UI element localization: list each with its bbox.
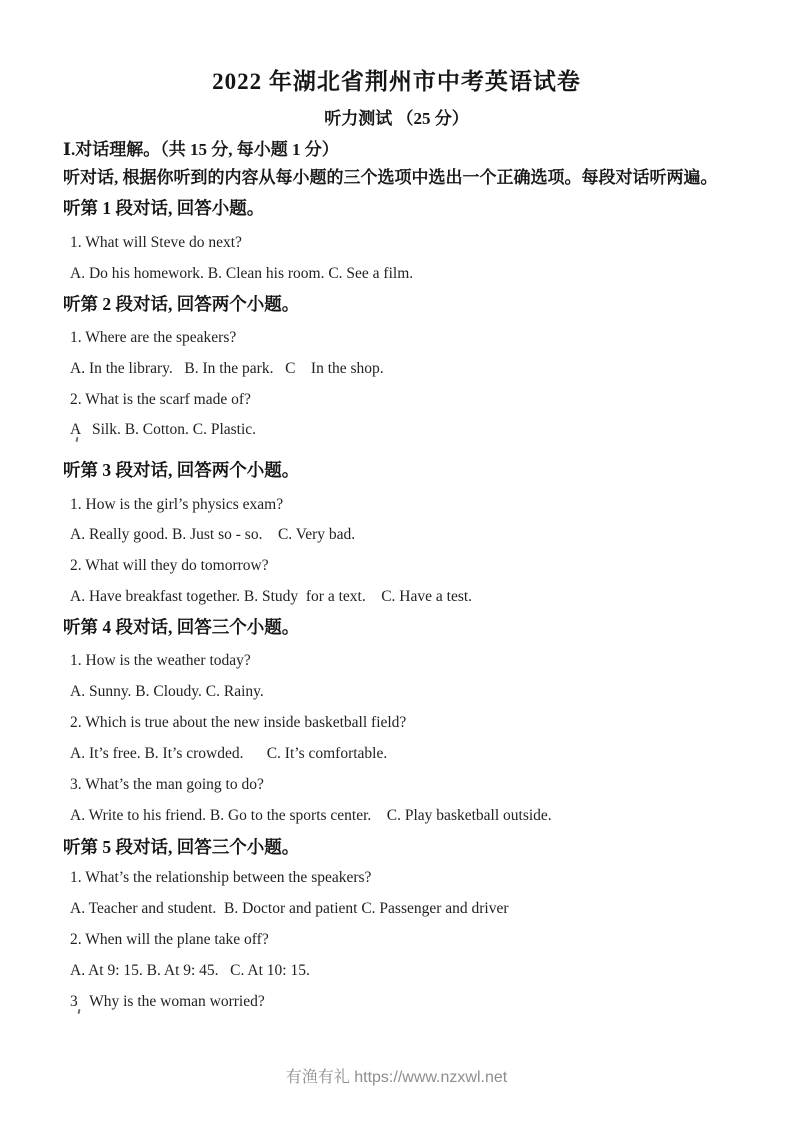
dialog4-heading: 听第 4 段对话, 回答三个小题。 xyxy=(63,617,299,639)
dialog2-question1: 1. Where are the speakers? xyxy=(70,328,236,347)
exam-subtitle: 听力测试 （25 分） xyxy=(0,108,793,129)
dialog3-question2: 2. What will they do tomorrow? xyxy=(70,556,269,575)
stray-mark xyxy=(76,437,79,442)
dialog5-question2-options: A. At 9: 15. B. At 9: 45. C. At 10: 15. xyxy=(70,961,310,980)
dialog2-question1-options: A. In the library. B. In the park. C In … xyxy=(70,359,384,378)
stray-mark xyxy=(78,1009,81,1014)
dialog5-question2: 2. When will the plane take off? xyxy=(70,930,269,949)
dialog4-question3-options: A. Write to his friend. B. Go to the spo… xyxy=(70,806,552,825)
exam-title: 2022 年湖北省荆州市中考英语试卷 xyxy=(0,68,793,97)
dialog5-heading: 听第 5 段对话, 回答三个小题。 xyxy=(63,837,299,859)
dialog4-question2-options: A. It’s free. B. It’s crowded. C. It’s c… xyxy=(70,744,387,763)
dialog3-heading: 听第 3 段对话, 回答两个小题。 xyxy=(63,460,299,482)
dialog4-question3: 3. What’s the man going to do? xyxy=(70,775,264,794)
dialog1-heading: 听第 1 段对话, 回答小题。 xyxy=(63,198,264,220)
dialog1-question1: 1. What will Steve do next? xyxy=(70,233,242,252)
section-instructions: 听对话, 根据你听到的内容从每小题的三个选项中选出一个正确选项。每段对话听两遍。 xyxy=(63,167,718,188)
dialog4-question1-options: A. Sunny. B. Cloudy. C. Rainy. xyxy=(70,682,264,701)
dialog2-question2: 2. What is the scarf made of? xyxy=(70,390,251,409)
section-heading: Ⅰ.对话理解。（共 15 分, 每小题 1 分） xyxy=(63,139,339,160)
dialog3-question2-options: A. Have breakfast together. B. Study for… xyxy=(70,587,472,606)
dialog2-question2-options: A Silk. B. Cotton. C. Plastic. xyxy=(70,420,256,439)
dialog5-question3: 3 Why is the woman worried? xyxy=(70,992,265,1011)
dialog5-question1: 1. What’s the relationship between the s… xyxy=(70,868,371,887)
watermark-footer: 有渔有礼 https://www.nzxwl.net xyxy=(0,1068,793,1088)
exam-paper-page: 2022 年湖北省荆州市中考英语试卷 听力测试 （25 分） Ⅰ.对话理解。（共… xyxy=(0,0,793,1122)
dialog4-question2: 2. Which is true about the new inside ba… xyxy=(70,713,406,732)
dialog3-question1: 1. How is the girl’s physics exam? xyxy=(70,495,283,514)
dialog4-question1: 1. How is the weather today? xyxy=(70,651,251,670)
dialog1-question1-options: A. Do his homework. B. Clean his room. C… xyxy=(70,264,413,283)
dialog2-heading: 听第 2 段对话, 回答两个小题。 xyxy=(63,294,299,316)
dialog3-question1-options: A. Really good. B. Just so - so. C. Very… xyxy=(70,525,355,544)
dialog5-question1-options: A. Teacher and student. B. Doctor and pa… xyxy=(70,899,509,918)
